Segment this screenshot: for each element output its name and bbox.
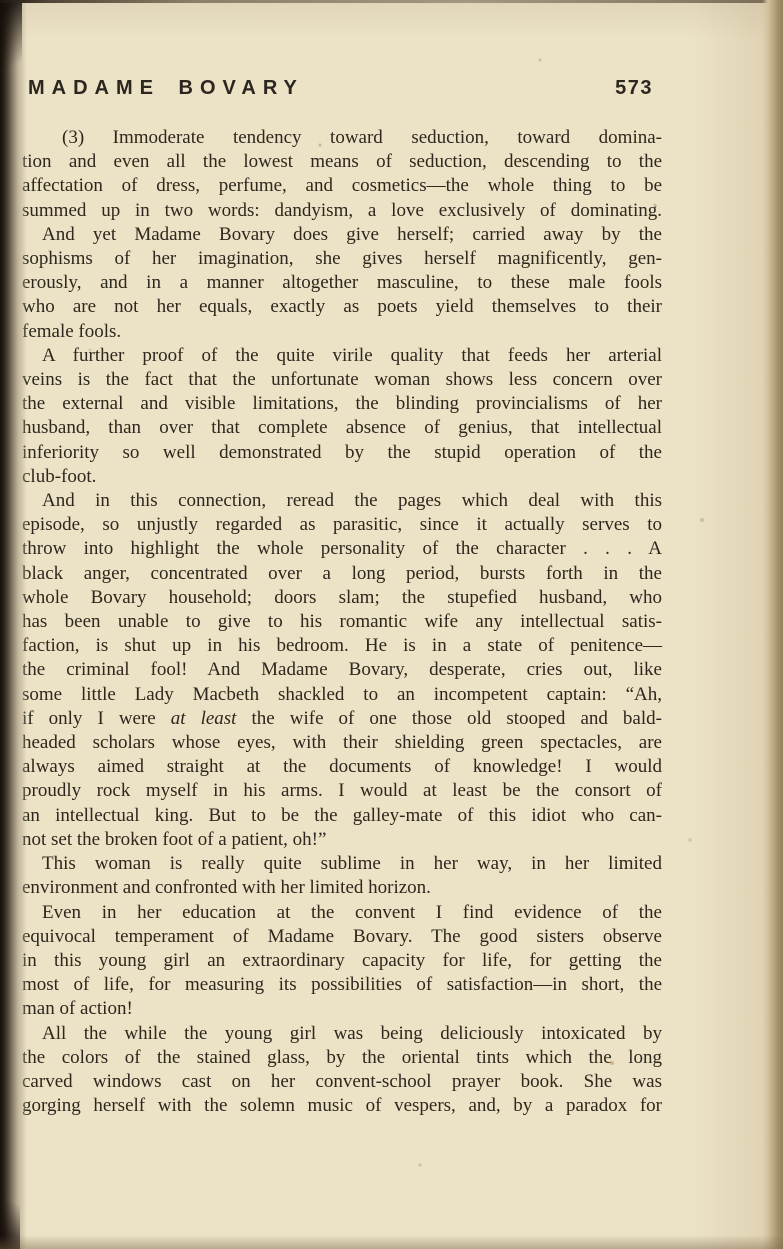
binding-corner-top <box>0 0 22 110</box>
page-right-edge <box>762 0 783 1249</box>
text-line: proudly rock myself in his arms. I would… <box>22 779 662 803</box>
text-line: black anger, concentrated over a long pe… <box>22 562 662 586</box>
text-line: throw into highlight the whole personali… <box>22 537 662 561</box>
paragraph: Even in her education at the convent I f… <box>22 901 662 1022</box>
text-line: environment and confronted with her limi… <box>22 876 662 900</box>
running-header-title: MADAME BOVARY <box>28 77 304 100</box>
paragraph: (3) Immoderate tendency toward seduction… <box>22 126 662 223</box>
text-line: who are not her equals, exactly as poets… <box>22 295 662 319</box>
page-bottom-edge <box>0 1235 783 1249</box>
text-line: not set the broken foot of a patient, oh… <box>22 828 662 852</box>
text-line: All the while the young girl was being d… <box>22 1022 662 1046</box>
text-line: in this young girl an extraordinary capa… <box>22 949 662 973</box>
book-page-scan: MADAME BOVARY 573 (3) Immoderate tendenc… <box>0 0 783 1249</box>
text-line: headed scholars whose eyes, with their s… <box>22 731 662 755</box>
text-line: veins is the fact that the unfortunate w… <box>22 368 662 392</box>
page-top-edge <box>0 0 783 3</box>
paragraph: This woman is really quite sublime in he… <box>22 852 662 900</box>
text-line: episode, so unjustly regarded as parasit… <box>22 513 662 537</box>
text-line: man of action! <box>22 997 662 1021</box>
text-line: the external and visible limitations, th… <box>22 392 662 416</box>
text-line: the criminal fool! And Madame Bovary, de… <box>22 658 662 682</box>
text-line: most of life, for measuring its possibil… <box>22 973 662 997</box>
text-line: And in this connection, reread the pages… <box>22 489 662 513</box>
page-text: (3) Immoderate tendency toward seduction… <box>22 126 662 1118</box>
text-line: erously, and in a manner altogether masc… <box>22 271 662 295</box>
page-number: 573 <box>615 77 662 100</box>
text-line: And yet Madame Bovary does give herself;… <box>22 223 662 247</box>
text-line: always aimed straight at the documents o… <box>22 755 662 779</box>
text-line: club-foot. <box>22 465 662 489</box>
paragraph: All the while the young girl was being d… <box>22 1022 662 1119</box>
text-line: (3) Immoderate tendency toward seduction… <box>22 126 662 150</box>
paragraph: And in this connection, reread the pages… <box>22 489 662 852</box>
text-line: faction, is shut up in his bedroom. He i… <box>22 634 662 658</box>
text-line: some little Lady Macbeth shackled to an … <box>22 683 662 707</box>
text-line: summed up in two words: dandyism, a love… <box>22 199 662 223</box>
text-line: equivocal temperament of Madame Bovary. … <box>22 925 662 949</box>
text-line: if only I were at least the wife of one … <box>22 707 662 731</box>
text-line: affectation of dress, perfume, and cosme… <box>22 174 662 198</box>
paragraph: A further proof of the quite virile qual… <box>22 344 662 489</box>
text-line: carved windows cast on her convent-schoo… <box>22 1070 662 1094</box>
text-line: an intellectual king. But to be the gall… <box>22 804 662 828</box>
text-line: female fools. <box>22 320 662 344</box>
text-line: husband, than over that complete absence… <box>22 416 662 440</box>
binding-edge <box>0 0 28 1249</box>
text-line: tion and even all the lowest means of se… <box>22 150 662 174</box>
text-line: This woman is really quite sublime in he… <box>22 852 662 876</box>
text-line: whole Bovary household; doors slam; the … <box>22 586 662 610</box>
running-header: MADAME BOVARY 573 <box>22 77 662 100</box>
text-line: has been unable to give to his romantic … <box>22 610 662 634</box>
text-line: Even in her education at the convent I f… <box>22 901 662 925</box>
paragraph: And yet Madame Bovary does give herself;… <box>22 223 662 344</box>
text-line: gorging herself with the solemn music of… <box>22 1094 662 1118</box>
text-line: the colors of the stained glass, by the … <box>22 1046 662 1070</box>
text-line: sophisms of her imagination, she gives h… <box>22 247 662 271</box>
text-line: A further proof of the quite virile qual… <box>22 344 662 368</box>
text-line: inferiority so well demonstrated by the … <box>22 441 662 465</box>
